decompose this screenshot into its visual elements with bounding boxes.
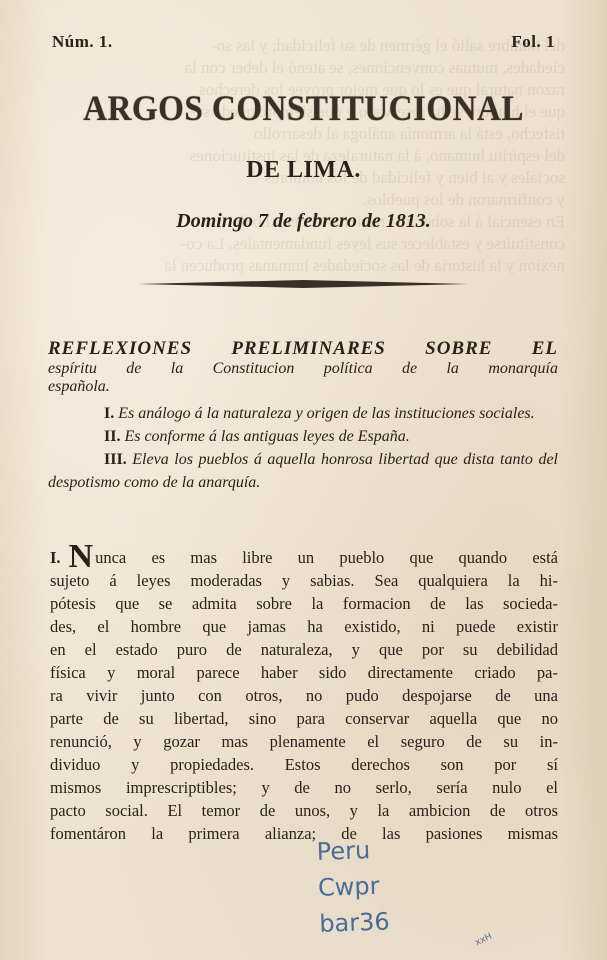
body-line: sujeto á leyes moderadas y sabias. Sea q… bbox=[50, 569, 558, 592]
library-mark: xxH bbox=[474, 932, 494, 948]
body-line: pótesis que se admita sobre la formacion… bbox=[50, 592, 558, 615]
handwritten-annotation: Peru Cwpr bar36 bbox=[316, 830, 430, 942]
article-title-line-2: espíritu de la Constitucion política de … bbox=[48, 360, 558, 378]
body-line: dividuo y propiedades. Estos derechos so… bbox=[50, 753, 558, 776]
section-item: I. Es análogo á la naturaleza y origen d… bbox=[48, 402, 558, 425]
issue-number: Núm. 1. bbox=[52, 32, 113, 52]
body-line: física y moral parece haber sido directa… bbox=[50, 661, 558, 684]
body-line: fomentáron la primera alianza; de las pa… bbox=[50, 822, 558, 845]
ornamental-rule bbox=[138, 280, 468, 288]
body-line: renunció, y gozar mas plenamente el segu… bbox=[50, 730, 558, 753]
body-line: parte de su libertad, sino para conserva… bbox=[50, 707, 558, 730]
body-line: des, el hombre que jamas ha existido, ni… bbox=[50, 615, 558, 638]
article-title-caps: REFLEXIONES PRELIMINARES SOBRE EL bbox=[48, 338, 558, 360]
section-summary: I. Es análogo á la naturaleza y origen d… bbox=[48, 402, 558, 494]
section-item: III. Eleva los pueblos á aquella honrosa… bbox=[48, 448, 558, 494]
article-body: I.Nunca es mas libre un pueblo que quand… bbox=[50, 546, 558, 845]
show-through-text: del hombre salió el gérmen de su felicid… bbox=[45, 35, 565, 277]
masthead-title: ARGOS CONSTITUCIONAL bbox=[24, 87, 582, 129]
masthead-subtitle: DE LIMA. bbox=[0, 157, 607, 184]
body-line: mismos imprescriptibles; y de no serlo, … bbox=[50, 776, 558, 799]
paragraph-number: I. bbox=[50, 548, 61, 567]
body-line: I.Nunca es mas libre un pueblo que quand… bbox=[50, 546, 558, 569]
folio-number: Fol. 1 bbox=[511, 32, 555, 52]
newspaper-page: del hombre salió el gérmen de su felicid… bbox=[0, 0, 607, 960]
article-title: REFLEXIONES PRELIMINARES SOBRE EL espíri… bbox=[48, 338, 558, 396]
section-item: II. Es conforme á las antiguas leyes de … bbox=[48, 425, 558, 448]
body-line: en el estado puro de naturaleza, y que p… bbox=[50, 638, 558, 661]
body-line: ra vivir junto con otros, no pudo despoj… bbox=[50, 684, 558, 707]
article-title-line-3: española. bbox=[48, 378, 558, 396]
body-line: pacto social. El temor de unos, y la amb… bbox=[50, 799, 558, 822]
dateline: Domingo 7 de febrero de 1813. bbox=[0, 210, 607, 233]
running-head: Núm. 1. Fol. 1 bbox=[52, 32, 555, 52]
